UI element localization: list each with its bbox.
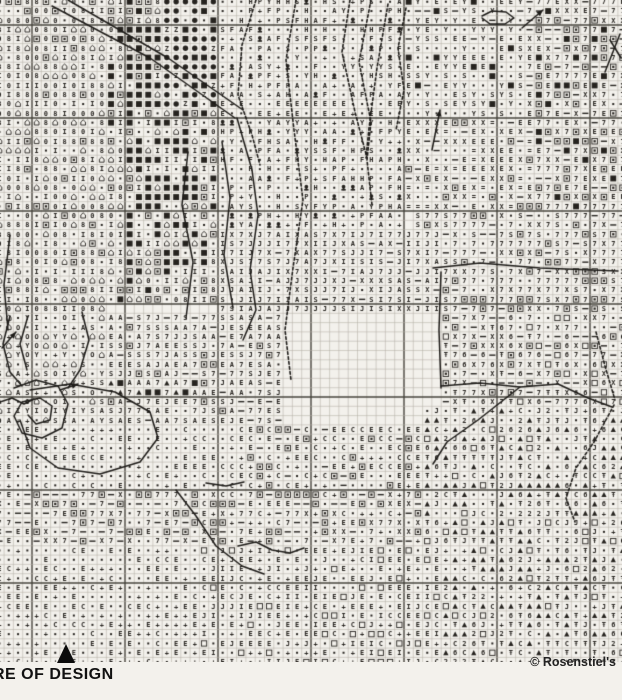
cross-stitch-grid-canvas: [0, 0, 622, 662]
centre-of-design-label: RE OF DESIGN: [0, 666, 114, 684]
pattern-page: RE OF DESIGN © Rosenstiel's: [0, 0, 622, 700]
copyright-label: © Rosenstiel's: [530, 655, 616, 669]
centre-of-design-arrow-icon: [57, 644, 75, 663]
